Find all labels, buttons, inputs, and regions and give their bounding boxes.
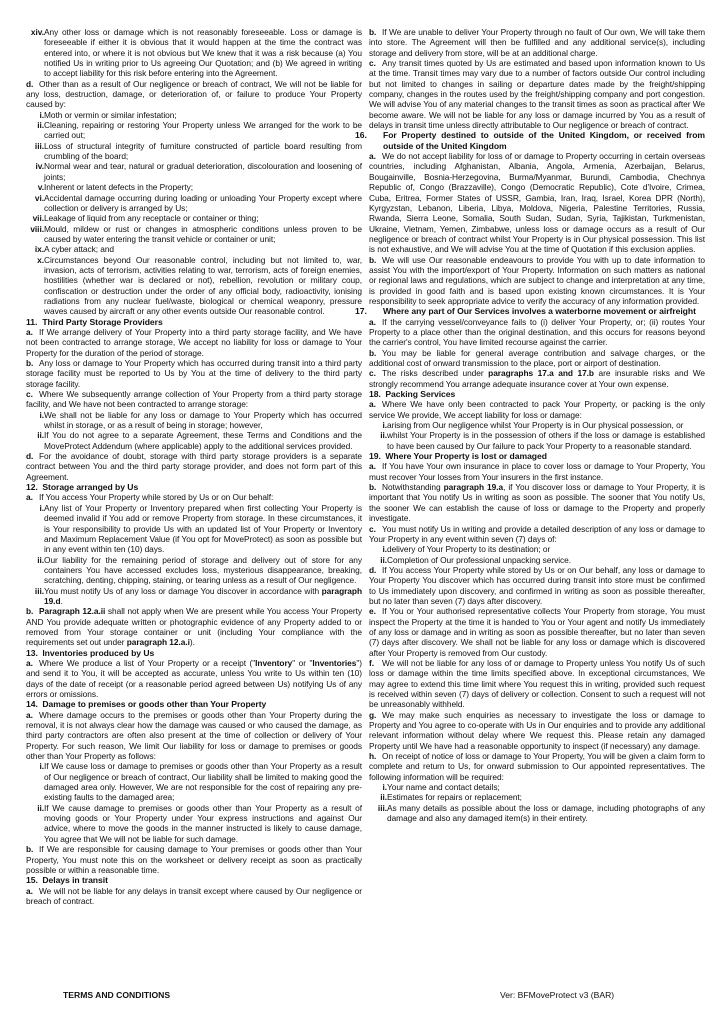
paragraph-label: d.: [26, 79, 39, 89]
paragraph-label: a.: [26, 327, 39, 337]
list-item: i.delivery of Your Property to its desti…: [369, 544, 705, 554]
section-heading-12: 12. Storage arranged by Us: [26, 482, 362, 492]
item-text: Any other loss or damage which is not re…: [44, 27, 362, 79]
footer-title: TERMS AND CONDITIONS: [63, 990, 170, 1000]
section-title: Where Your Property is lost or damaged: [385, 451, 547, 461]
item-text: A cyber attack; and: [44, 244, 362, 254]
paragraph-15c: c.Any transit times quoted by Us are est…: [369, 58, 705, 130]
paragraph-reference: paragraph 12.a.i: [127, 637, 190, 647]
list-item: i.Moth or vermin or similar infestation;: [26, 110, 362, 120]
paragraph-text: Other than as a result of Our negligence…: [26, 79, 362, 110]
defined-term: Inventories: [312, 658, 356, 668]
paragraph-text: If You access Your Property while stored…: [39, 492, 273, 502]
list-item: ix.A cyber attack; and: [26, 244, 362, 254]
list-item: ii.If You do not agree to a separate Agr…: [26, 430, 362, 451]
section-number: 13.: [26, 648, 40, 658]
paragraph-text: You must notify Us in writing and provid…: [369, 524, 705, 544]
paragraph-label: c.: [369, 524, 382, 534]
list-item: ii.whilst Your Property is in the posses…: [369, 430, 705, 451]
list-item: vii.Leakage of liquid from any receptacl…: [26, 213, 362, 223]
section-number: 11.: [26, 317, 40, 327]
paragraph-17a: a.If the carrying vessel/conveyance fail…: [369, 317, 705, 348]
paragraph-15b: b.If We are unable to deliver Your Prope…: [369, 27, 705, 58]
list-item: i.arising from Our negligence whilst You…: [369, 420, 705, 430]
section-heading-11: 11. Third Party Storage Providers: [26, 317, 362, 327]
item-number: ix.: [26, 244, 44, 254]
section-heading-18: 18. Packing Services: [369, 389, 705, 399]
paragraph-19g: g.We may make such enquiries as necessar…: [369, 710, 705, 751]
item-text: Accidental damage occurring during loadi…: [44, 193, 362, 214]
paragraph-19e: e.If You or Your authorised representati…: [369, 606, 705, 658]
section-number: 18.: [369, 389, 383, 399]
paragraph-19h: h.On receipt of notice of loss or damage…: [369, 751, 705, 782]
item-text: delivery of Your Property to its destina…: [387, 544, 705, 554]
item-number: ii.: [369, 555, 387, 565]
item-text: Completion of Our professional unpacking…: [387, 555, 705, 565]
text-fragment: The risks described under: [382, 368, 488, 378]
item-number: iii.: [26, 586, 44, 607]
list-item: x.Circumstances beyond Our reasonable co…: [26, 255, 362, 317]
paragraph-label: b.: [26, 844, 39, 854]
item-text: whilst Your Property is in the possessio…: [387, 430, 705, 451]
paragraph-text: If the carrying vessel/conveyance fails …: [369, 317, 705, 348]
text-fragment: Where We produce a list of Your Property…: [39, 658, 255, 668]
paragraph-label: a.: [26, 710, 39, 720]
paragraph-label: d.: [26, 451, 39, 461]
paragraph-text: Where damage occurs to the premises or g…: [26, 710, 362, 761]
item-number: vi.: [26, 193, 44, 214]
paragraph-label: e.: [369, 606, 382, 616]
item-number: ii.: [26, 803, 44, 844]
paragraph-label: b.: [26, 606, 39, 616]
item-text: If You do not agree to a separate Agreem…: [44, 430, 362, 451]
list-item: v.Inherent or latent defects in the Prop…: [26, 182, 362, 192]
paragraph-label: b.: [369, 27, 382, 37]
item-text: arising from Our negligence whilst Your …: [387, 420, 705, 430]
section-heading-14: 14. Damage to premises or goods other th…: [26, 699, 362, 709]
item-number: ii.: [369, 792, 387, 802]
paragraph-label: c.: [26, 389, 39, 399]
item-number: vii.: [26, 213, 44, 223]
item-number: i.: [26, 761, 44, 802]
paragraph-text: If You have Your own insurance in place …: [369, 461, 705, 481]
section-number: 15.: [26, 875, 40, 885]
list-item: i.Your name and contact details;: [369, 782, 705, 792]
item-number: i.: [26, 503, 44, 555]
paragraph-label: b.: [26, 358, 39, 368]
paragraph-text: If We arrange delivery of Your Property …: [26, 327, 362, 358]
paragraph-label: h.: [369, 751, 382, 761]
paragraph-reference: paragraph 19.a: [444, 482, 503, 492]
paragraph-label: a.: [26, 658, 39, 668]
paragraph-text: We will not be liable for any loss of or…: [369, 658, 705, 709]
item-text: You must notify Us of any loss or damage…: [44, 586, 362, 607]
paragraph-text: We may make such enquiries as necessary …: [369, 710, 705, 751]
item-number: i.: [369, 782, 387, 792]
paragraph-19b: b.Notwithstanding paragraph 19.a, if You…: [369, 482, 705, 523]
text-fragment: You must notify Us of any loss or damage…: [44, 586, 322, 596]
paragraph-11d: d.For the avoidance of doubt, storage wi…: [26, 451, 362, 482]
list-item: ii.Estimates for repairs or replacement;: [369, 792, 705, 802]
paragraph-text: Where We subsequently arrange collection…: [26, 389, 362, 409]
paragraph-15a: a.We will not be liable for any delays i…: [26, 886, 362, 907]
paragraph-label: g.: [369, 710, 382, 720]
item-number: ii.: [26, 555, 44, 586]
paragraph-11b: b.Any loss or damage to Your Property wh…: [26, 358, 362, 389]
list-item: xiv. Any other loss or damage which is n…: [22, 27, 362, 79]
footer-version: Ver: BFMoveProtect v3 (BAR): [500, 990, 614, 1000]
section-number: 14.: [26, 699, 40, 709]
paragraph-text: On receipt of notice of loss or damage t…: [369, 751, 705, 782]
item-text: Estimates for repairs or replacement;: [387, 792, 705, 802]
paragraph-label: a.: [26, 886, 39, 896]
list-item: i.We shall not be liable for any loss or…: [26, 410, 362, 431]
paragraph-18a: a.Where We have only been contracted to …: [369, 399, 705, 420]
list-item: vi.Accidental damage occurring during lo…: [26, 193, 362, 214]
paragraph-text: We will use Our reasonable endeavours to…: [369, 255, 705, 306]
paragraph-10d: d.Other than as a result of Our negligen…: [26, 79, 362, 110]
item-text: Your name and contact details;: [387, 782, 705, 792]
paragraph-label: a.: [26, 492, 39, 502]
item-text: If We cause damage to premises or goods …: [44, 803, 362, 844]
item-text: Normal wear and tear, natural or gradual…: [44, 161, 362, 182]
paragraph-12b: b.Paragraph 12.a.ii shall not apply when…: [26, 606, 362, 647]
paragraph-text: We will not be liable for any delays in …: [26, 886, 362, 906]
item-number: i.: [369, 544, 387, 554]
section-heading-13: 13. Inventories produced by Us: [26, 648, 362, 658]
paragraph-19a: a.If You have Your own insurance in plac…: [369, 461, 705, 482]
paragraph-19f: f.We will not be liable for any loss of …: [369, 658, 705, 710]
left-column: xiv. Any other loss or damage which is n…: [26, 27, 362, 906]
section-title: Delays in transit: [42, 875, 108, 885]
item-number: ii.: [26, 120, 44, 141]
paragraph-text: If We are responsible for causing damage…: [26, 844, 362, 875]
item-number: iv.: [26, 161, 44, 182]
text-fragment: ).: [190, 637, 195, 647]
paragraph-label: c.: [369, 368, 382, 378]
item-text: Our liability for the remaining period o…: [44, 555, 362, 586]
item-text: Leakage of liquid from any receptacle or…: [44, 213, 362, 223]
right-column: b.If We are unable to deliver Your Prope…: [369, 27, 705, 823]
paragraph-text: If You or Your authorised representative…: [369, 606, 705, 657]
item-text: Mould, mildew or rust or changes in atmo…: [44, 224, 362, 245]
item-number: viii.: [26, 224, 44, 245]
section-number: 16.: [369, 130, 383, 140]
item-number: iii.: [26, 141, 44, 162]
paragraph-text: For the avoidance of doubt, storage with…: [26, 451, 362, 482]
text-fragment: .: [61, 596, 63, 606]
list-item: iii.You must notify Us of any loss or da…: [26, 586, 362, 607]
paragraph-12a: a.If You access Your Property while stor…: [26, 492, 362, 502]
paragraph-16b: b.We will use Our reasonable endeavours …: [369, 255, 705, 307]
section-number: 19.: [369, 451, 383, 461]
paragraph-text: Where We have only been contracted to pa…: [369, 399, 705, 419]
item-text: Loss of structural integrity of furnitur…: [44, 141, 362, 162]
paragraph-label: a.: [369, 461, 382, 471]
section-number: 12.: [26, 482, 40, 492]
item-text: We shall not be liable for any loss or d…: [44, 410, 362, 431]
list-item: iii.Loss of structural integrity of furn…: [26, 141, 362, 162]
list-item: ii.Our liability for the remaining perio…: [26, 555, 362, 586]
item-text: Any list of Your Property or Inventory p…: [44, 503, 362, 555]
item-text: Circumstances beyond Our reasonable cont…: [44, 255, 362, 317]
list-item: viii.Mould, mildew or rust or changes in…: [26, 224, 362, 245]
paragraph-label: d.: [369, 565, 382, 575]
paragraph-label: f.: [369, 658, 382, 668]
text-fragment: " or ": [292, 658, 312, 668]
paragraph-reference: paragraphs 17.a and 17.b: [488, 368, 594, 378]
section-heading-17: 17.Where any part of Our Services involv…: [369, 306, 705, 316]
paragraph-16a: a.We do not accept liability for loss of…: [369, 151, 705, 254]
paragraph-text: Any loss or damage to Your Property whic…: [26, 358, 362, 389]
section-heading-16: 16.For Property destined to outside of t…: [369, 130, 705, 151]
item-text: Cleaning, repairing or restoring Your Pr…: [44, 120, 362, 141]
section-title: Where any part of Our Services involves …: [383, 306, 696, 316]
defined-term: Inventory: [255, 658, 292, 668]
paragraph-17c: c.The risks described under paragraphs 1…: [369, 368, 705, 389]
item-number: x.: [26, 255, 44, 317]
paragraph-text: You may be liable for general average co…: [369, 348, 705, 368]
section-title: Damage to premises or goods other than Y…: [42, 699, 266, 709]
section-title: Storage arranged by Us: [42, 482, 138, 492]
section-heading-19: 19. Where Your Property is lost or damag…: [369, 451, 705, 461]
list-item: iii.As many details as possible about th…: [369, 803, 705, 824]
paragraph-text: Any transit times quoted by Us are estim…: [369, 58, 705, 130]
paragraph-19d: d.If You access Your Property while stor…: [369, 565, 705, 606]
paragraph-text: We do not accept liability for loss of o…: [369, 151, 705, 254]
paragraph-text: If You access Your Property while stored…: [369, 565, 705, 606]
item-number: xiv.: [22, 27, 44, 79]
paragraph-label: b.: [369, 255, 382, 265]
section-title: For Property destined to outside of the …: [383, 130, 705, 150]
list-item: iv.Normal wear and tear, natural or grad…: [26, 161, 362, 182]
item-text: Inherent or latent defects in the Proper…: [44, 182, 362, 192]
paragraph-label: a.: [369, 399, 382, 409]
item-text: If We cause loss or damage to premises o…: [44, 761, 362, 802]
item-number: i.: [26, 110, 44, 120]
list-item: ii.If We cause damage to premises or goo…: [26, 803, 362, 844]
item-number: i.: [26, 410, 44, 431]
paragraph-11c: c.Where We subsequently arrange collecti…: [26, 389, 362, 410]
paragraph-label: a.: [369, 151, 382, 161]
item-text: Moth or vermin or similar infestation;: [44, 110, 362, 120]
paragraph-reference: Paragraph 12.a.ii: [39, 606, 105, 616]
item-number: v.: [26, 182, 44, 192]
section-number: 17.: [369, 306, 383, 316]
item-number: iii.: [369, 803, 387, 824]
list-item: ii.Cleaning, repairing or restoring Your…: [26, 120, 362, 141]
paragraph-text: If We are unable to deliver Your Propert…: [369, 27, 705, 58]
paragraph-label: b.: [369, 482, 382, 492]
paragraph-14b: b.If We are responsible for causing dama…: [26, 844, 362, 875]
section-title: Inventories produced by Us: [42, 648, 154, 658]
item-number: i.: [369, 420, 387, 430]
paragraph-14a: a.Where damage occurs to the premises or…: [26, 710, 362, 762]
list-item: ii.Completion of Our professional unpack…: [369, 555, 705, 565]
paragraph-19c: c.You must notify Us in writing and prov…: [369, 524, 705, 545]
item-number: ii.: [369, 430, 387, 451]
paragraph-label: c.: [369, 58, 382, 68]
list-item: i.Any list of Your Property or Inventory…: [26, 503, 362, 555]
paragraph-13a: a.Where We produce a list of Your Proper…: [26, 658, 362, 699]
paragraph-11a: a.If We arrange delivery of Your Propert…: [26, 327, 362, 358]
paragraph-label: a.: [369, 317, 382, 327]
section-heading-15: 15. Delays in transit: [26, 875, 362, 885]
section-title: Third Party Storage Providers: [42, 317, 162, 327]
item-number: ii.: [26, 430, 44, 451]
list-item: i.If We cause loss or damage to premises…: [26, 761, 362, 802]
paragraph-label: b.: [369, 348, 382, 358]
item-text: As many details as possible about the lo…: [387, 803, 705, 824]
document-page: xiv. Any other loss or damage which is n…: [0, 0, 723, 1024]
section-title: Packing Services: [385, 389, 455, 399]
text-fragment: Notwithstanding: [382, 482, 444, 492]
paragraph-17b: b.You may be liable for general average …: [369, 348, 705, 369]
